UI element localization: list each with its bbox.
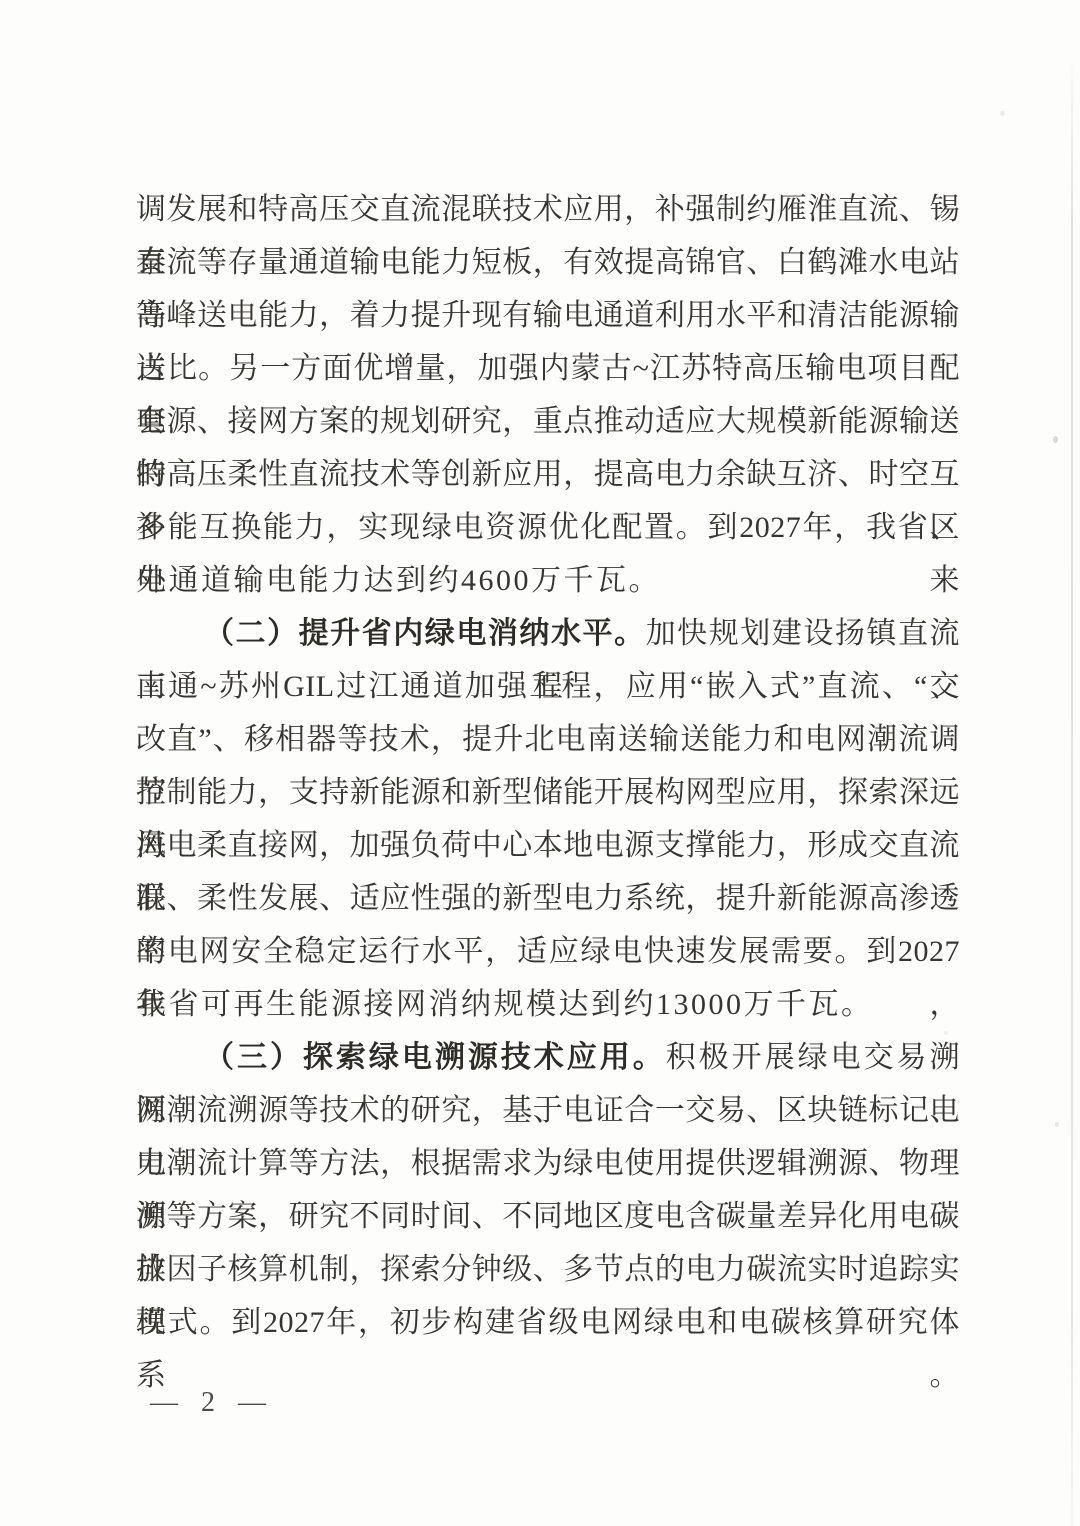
text-line: 调发展和特高压交直流混联技术应用，补强制约雁淮直流、锡泰 [136, 183, 960, 236]
document-body: 调发展和特高压交直流混联技术应用，补强制约雁淮直流、锡泰直流等存量通道输电能力短… [136, 183, 960, 1349]
text-line: 模式。到2027年，初步构建省级电网绿电和电碳核算研究体系。 [136, 1296, 960, 1349]
section-heading: （二）提升省内绿电消纳水平。 [204, 617, 646, 650]
body-text: 我省可再生能源接网消纳规模达到约13000万千瓦。 [136, 988, 874, 1021]
text-line: 风电柔直接网，加强负荷中心本地电源支撑能力，形成交直流混 [136, 819, 960, 872]
text-line: 占比。另一方面优增量，加强内蒙古~江苏特高压输电项目配套 [136, 342, 960, 395]
text-line: 源等方案，研究不同时间、不同地区度电含碳量差异化用电碳排 [136, 1190, 960, 1243]
page-number: — 2 — [150, 1379, 274, 1427]
scan-edge-artifact [1071, 55, 1073, 1526]
text-line: 网潮流溯源等技术的研究，基于电证合一交易、区块链标记、电 [136, 1084, 960, 1137]
text-line: 的电网安全稳定运行水平，适应绿电快速发展需要。到2027年， [136, 925, 960, 978]
text-line: （二）提升省内绿电消纳水平。加快规划建设扬镇直流工程、 [136, 607, 960, 660]
text-line: 我省可再生能源接网消纳规模达到约13000万千瓦。 [136, 978, 960, 1031]
body-text: 电通道输电能力达到约4600万千瓦。 [136, 564, 661, 597]
text-line: 放因子核算机制，探索分钟级、多节点的电力碳流实时追踪实现 [136, 1243, 960, 1296]
text-line: （三）探索绿电溯源技术应用。积极开展绿电交易溯源、电 [136, 1031, 960, 1084]
scanned-document-page: 调发展和特高压交直流混联技术应用，补强制约雁淮直流、锡泰直流等存量通道输电能力短… [0, 0, 1080, 1526]
text-line: 联、柔性发展、适应性强的新型电力系统，提升新能源高渗透率 [136, 872, 960, 925]
body-text: 南通~苏州GIL过江通道加强工程，应用“嵌入式”直流、“交 [136, 670, 960, 703]
text-line: 直流等存量通道输电能力短板，有效提高锦官、白鹤滩水电站等 [136, 236, 960, 289]
text-line: 电源、接网方案的规划研究，重点推动适应大规模新能源输送的 [136, 395, 960, 448]
text-line: 南通~苏州GIL过江通道加强工程，应用“嵌入式”直流、“交 [136, 660, 960, 713]
text-line: 多能互换能力，实现绿电资源优化配置。到2027年，我省区外来 [136, 501, 960, 554]
text-line: 改直”、移相器等技术，提升北电南送输送能力和电网潮流调节 [136, 713, 960, 766]
scan-speck [944, 1031, 948, 1035]
text-line: 高峰送电能力，着力提升现有输电通道利用水平和清洁能源输送 [136, 289, 960, 342]
scan-speck [1055, 1122, 1059, 1127]
text-line: 控制能力，支持新能源和新型储能开展构网型应用，探索深远海 [136, 766, 960, 819]
text-line: 力潮流计算等方法，根据需求为绿电使用提供逻辑溯源、物理溯 [136, 1137, 960, 1190]
scan-speck [1053, 436, 1058, 443]
scan-speck [1000, 111, 1005, 116]
section-heading: （三）探索绿电溯源技术应用。 [204, 1041, 666, 1074]
text-line: 特高压柔性直流技术等创新应用，提高电力余缺互济、时空互补、 [136, 448, 960, 501]
